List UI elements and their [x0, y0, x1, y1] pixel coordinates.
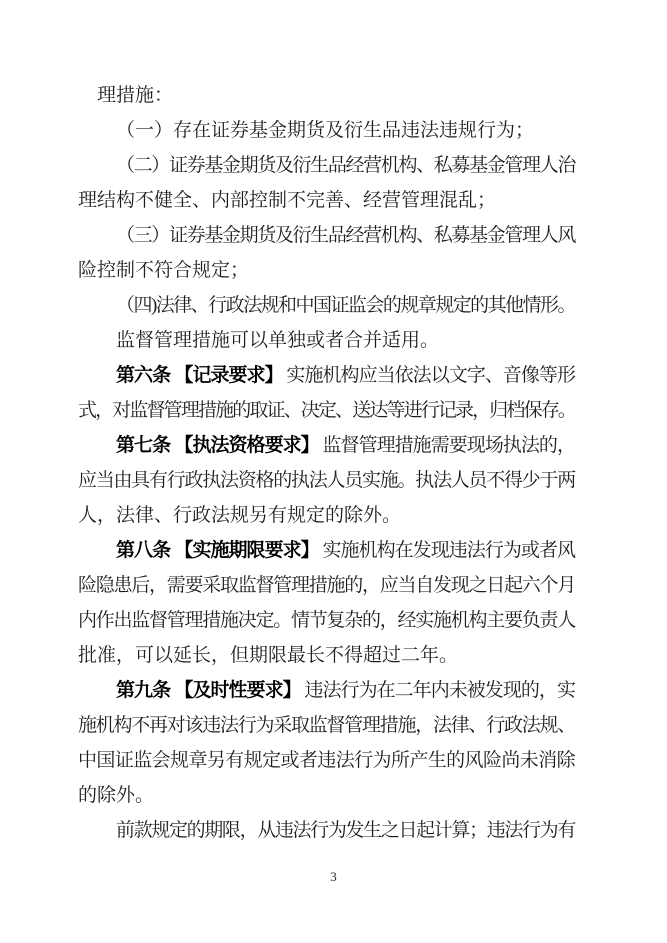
article-line: 第八条 【实施期限要求】 实施机构在发现违法行为或者风 — [78, 533, 575, 568]
text-line: 前款规定的期限，从违法行为发生之日起计算；违法行为有 — [78, 813, 575, 848]
article-heading: 第九条 【及时性要求】 — [116, 680, 301, 701]
text-line: 式，对监督管理措施的取证、决定、送达等进行记录，归档保存。 — [78, 393, 575, 428]
text-line: （一）存在证券基金期货及衍生品违法违规行为； — [78, 113, 575, 148]
article-line: 第九条 【及时性要求】 违法行为在二年内未被发现的，实 — [78, 673, 575, 708]
text-line: 应当由具有行政执法资格的执法人员实施。执法人员不得少于两 — [78, 463, 575, 498]
text-line: 中国证监会规章另有规定或者违法行为所产生的风险尚未消除 — [78, 743, 575, 778]
article-heading: 第八条 【实施期限要求】 — [116, 540, 319, 561]
text-line: 人，法律、行政法规另有规定的除外。 — [78, 498, 575, 533]
article-line: 第六条 【记录要求】 实施机构应当依法以文字、音像等形 — [78, 358, 575, 393]
text-line: 险控制不符合规定； — [78, 253, 575, 288]
text-line: 施机构不再对该违法行为采取监督管理措施，法律、行政法规、 — [78, 708, 575, 743]
text-line: 批准，可以延长，但期限最长不得超过二年。 — [78, 638, 575, 673]
text-line: （三）证券基金期货及衍生品经营机构、私募基金管理人风 — [78, 218, 575, 253]
article-heading: 第六条 【记录要求】 — [116, 365, 283, 386]
text-line: 理措施： — [78, 78, 575, 113]
document-page: 理措施：（一）存在证券基金期货及衍生品违法违规行为；（二）证券基金期货及衍生品经… — [0, 0, 667, 943]
text-line: 内作出监督管理措施决定。情节复杂的，经实施机构主要负责人 — [78, 603, 575, 638]
text-line: 理结构不健全、内部控制不完善、经营管理混乱； — [78, 183, 575, 218]
article-line: 第七条 【执法资格要求】 监督管理措施需要现场执法的， — [78, 428, 575, 463]
text-line: （二）证券基金期货及衍生品经营机构、私募基金管理人治 — [78, 148, 575, 183]
page-number: 3 — [0, 869, 667, 885]
text-line: 险隐患后，需要采取监督管理措施的，应当自发现之日起六个月 — [78, 568, 575, 603]
text-line: （四)法律、行政法规和中国证监会的规章规定的其他情形。 — [78, 288, 575, 323]
text-line: 监督管理措施可以单独或者合并适用。 — [78, 323, 575, 358]
document-body: 理措施：（一）存在证券基金期货及衍生品违法违规行为；（二）证券基金期货及衍生品经… — [78, 78, 575, 848]
text-line: 的除外。 — [78, 778, 575, 813]
article-heading: 第七条 【执法资格要求】 — [116, 435, 319, 456]
